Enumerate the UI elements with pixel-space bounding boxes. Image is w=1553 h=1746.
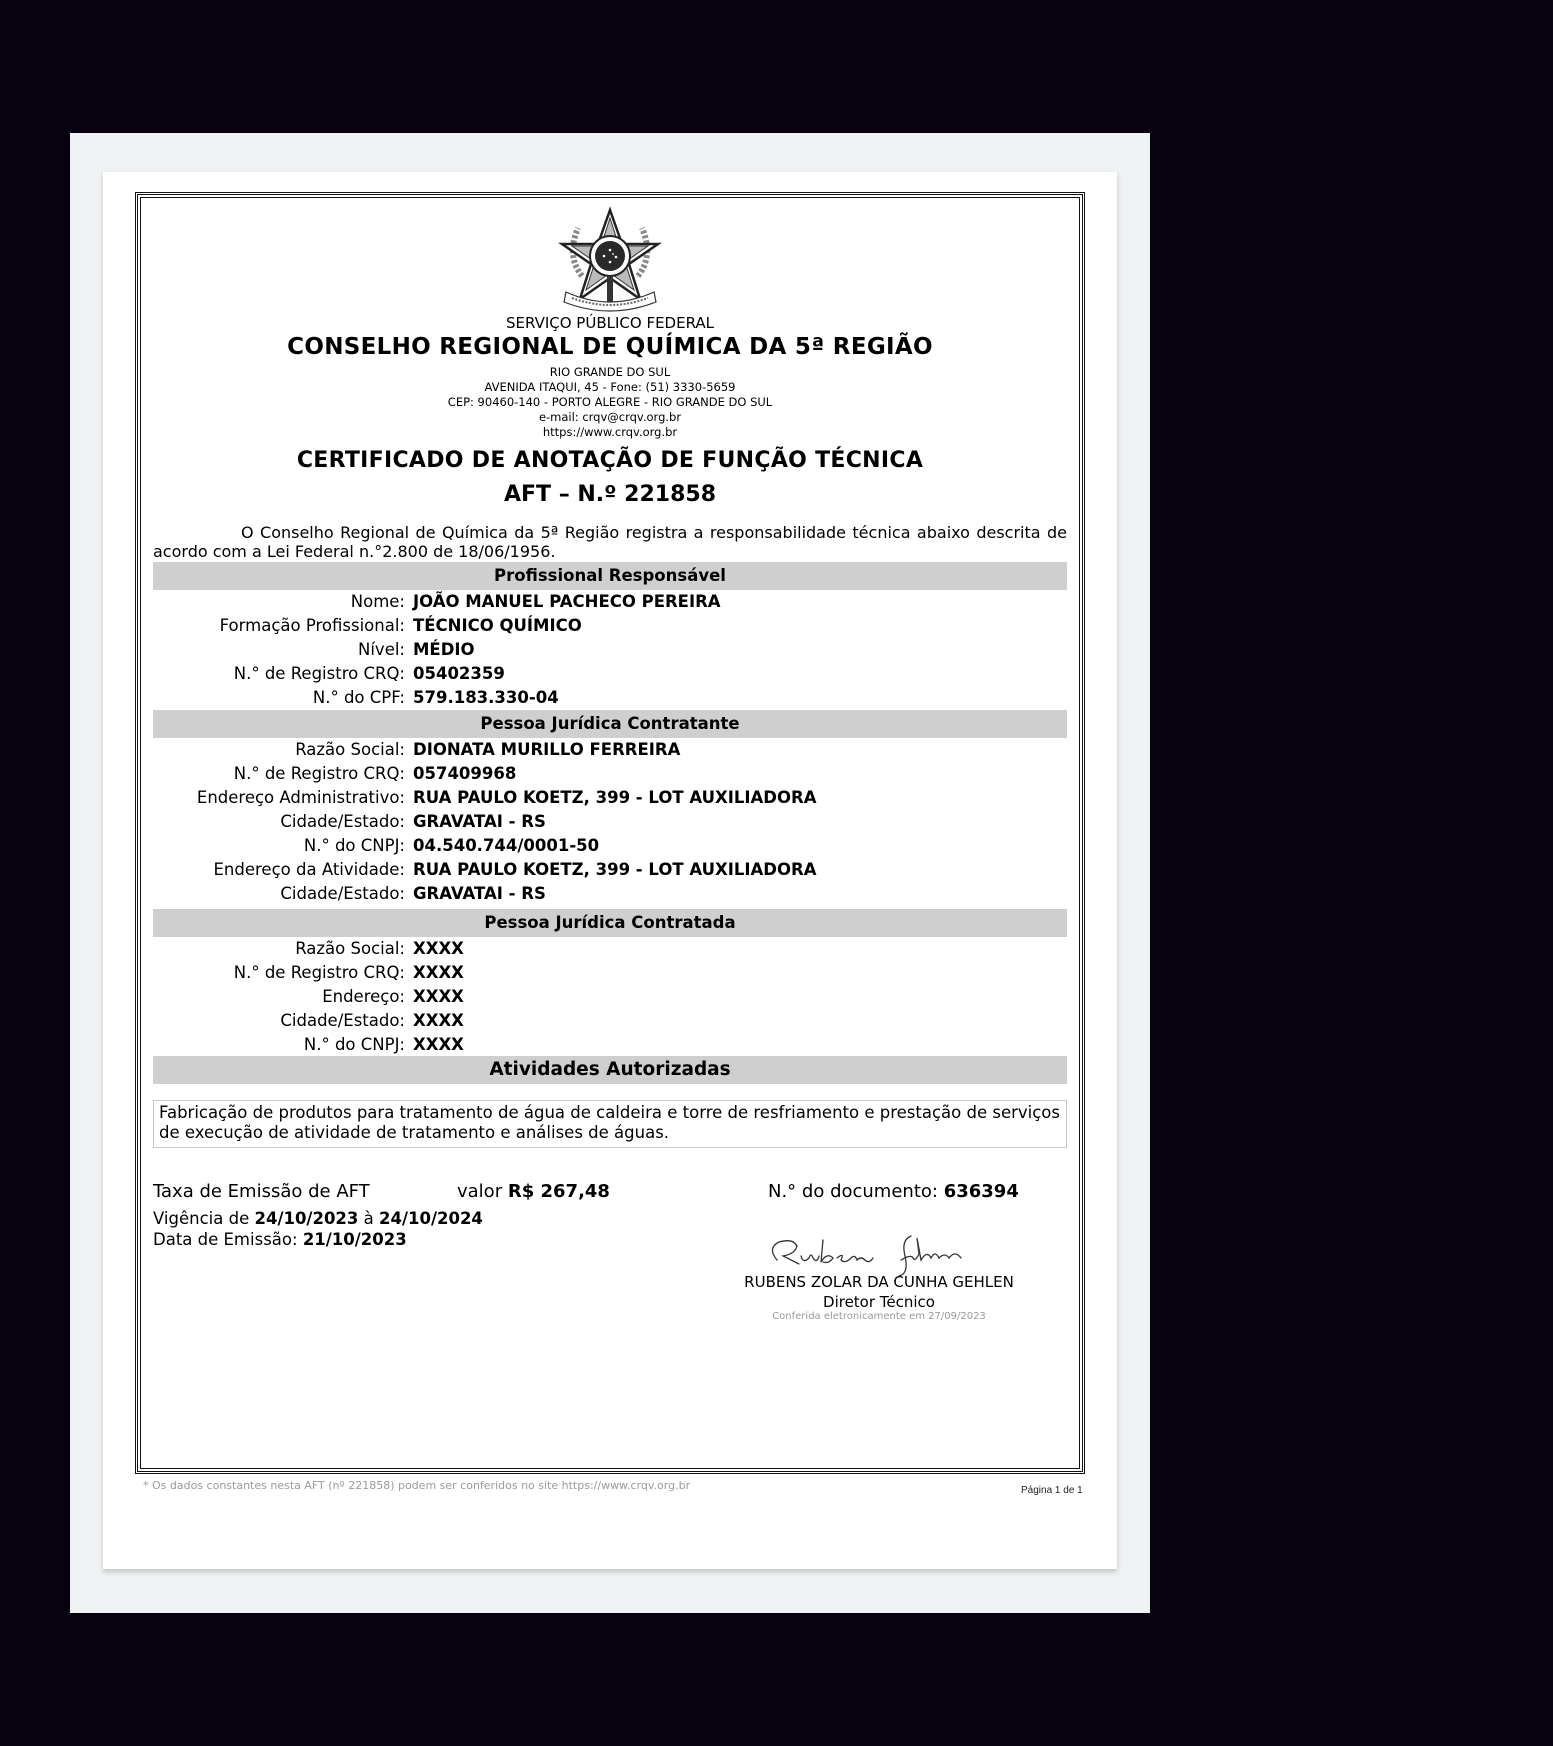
field-value: GRAVATAI - RS — [413, 882, 546, 906]
fee-value-label: valor — [457, 1181, 502, 1202]
field-label: Cidade/Estado: — [153, 1009, 405, 1033]
field-row: N.° de Registro CRQ:05402359 — [153, 662, 1067, 686]
field-label: Cidade/Estado: — [153, 882, 405, 906]
field-value: DIONATA MURILLO FERREIRA — [413, 738, 680, 762]
validity-to: 24/10/2024 — [379, 1209, 483, 1228]
field-value: XXXX — [413, 1009, 464, 1033]
cep-label: CEP: 90460-140 - PORTO ALEGRE - RIO GRAN… — [141, 395, 1079, 410]
field-label: N.° do CNPJ: — [153, 834, 405, 858]
section-contracted-header: Pessoa Jurídica Contratada — [153, 909, 1067, 937]
validity-from: 24/10/2023 — [254, 1209, 358, 1228]
field-value: 05402359 — [413, 662, 505, 686]
council-title: CONSELHO REGIONAL DE QUÍMICA DA 5ª REGIÃ… — [141, 334, 1079, 360]
field-row: Cidade/Estado:XXXX — [153, 1009, 1067, 1033]
issue-date-value: 21/10/2023 — [303, 1230, 407, 1249]
address-label: AVENIDA ITAQUI, 45 - Fone: (51) 3330-565… — [141, 380, 1079, 395]
email-label: e-mail: crqv@crqv.org.br — [141, 410, 1079, 425]
field-value: MÉDIO — [413, 638, 475, 662]
issue-date-label: Data de Emissão: — [153, 1230, 298, 1249]
electronic-verification: Conferida eletronicamente em 27/09/2023 — [701, 1311, 1057, 1322]
fee-value: valor R$ 267,48 — [457, 1181, 610, 1202]
field-row: N.° do CNPJ:XXXX — [153, 1033, 1067, 1057]
validity-separator: à — [364, 1209, 374, 1228]
field-label: Endereço Administrativo: — [153, 786, 405, 810]
document-viewer: SERVIÇO PÚBLICO FEDERAL CONSELHO REGIONA… — [70, 133, 1150, 1613]
field-value: 579.183.330-04 — [413, 686, 559, 710]
field-row: Cidade/Estado:GRAVATAI - RS — [153, 810, 1067, 834]
field-value: 04.540.744/0001-50 — [413, 834, 599, 858]
state-label: RIO GRANDE DO SUL — [141, 365, 1079, 380]
field-row: Nome:JOÃO MANUEL PACHECO PEREIRA — [153, 590, 1067, 614]
page-number: Página 1 de 1 — [1021, 1485, 1083, 1496]
activities-text: Fabricação de produtos para tratamento d… — [153, 1100, 1067, 1148]
section-activities-header: Atividades Autorizadas — [153, 1056, 1067, 1084]
field-row: Endereço Administrativo:RUA PAULO KOETZ,… — [153, 786, 1067, 810]
signatory-name: RUBENS ZOLAR DA CUNHA GEHLEN — [701, 1273, 1057, 1291]
field-label: Endereço: — [153, 985, 405, 1009]
field-row: N.° de Registro CRQ:XXXX — [153, 961, 1067, 985]
issue-date-line: Data de Emissão: 21/10/2023 — [153, 1230, 407, 1249]
field-label: N.° do CPF: — [153, 686, 405, 710]
field-value: GRAVATAI - RS — [413, 810, 546, 834]
field-label: Formação Profissional: — [153, 614, 405, 638]
certificate-border: SERVIÇO PÚBLICO FEDERAL CONSELHO REGIONA… — [135, 192, 1085, 1474]
field-value: XXXX — [413, 937, 464, 961]
document-number-value: 636394 — [944, 1181, 1019, 1202]
field-label: N.° de Registro CRQ: — [153, 762, 405, 786]
field-value: TÉCNICO QUÍMICO — [413, 614, 582, 638]
field-row: N.° do CPF:579.183.330-04 — [153, 686, 1067, 710]
section-professional-header: Profissional Responsável — [153, 562, 1067, 590]
signatory-role: Diretor Técnico — [701, 1293, 1057, 1311]
field-label: Razão Social: — [153, 738, 405, 762]
document-number: N.° do documento: 636394 — [768, 1181, 1019, 1202]
document-page: SERVIÇO PÚBLICO FEDERAL CONSELHO REGIONA… — [103, 172, 1117, 1569]
website-label: https://www.crqv.org.br — [141, 425, 1079, 440]
field-label: N.° de Registro CRQ: — [153, 961, 405, 985]
fee-label: Taxa de Emissão de AFT — [153, 1181, 370, 1202]
brazil-coat-of-arms-icon — [552, 206, 668, 318]
field-row: Formação Profissional:TÉCNICO QUÍMICO — [153, 614, 1067, 638]
validity-line: Vigência de 24/10/2023 à 24/10/2024 — [153, 1209, 483, 1228]
field-row: Cidade/Estado:GRAVATAI - RS — [153, 882, 1067, 906]
field-value: XXXX — [413, 1033, 464, 1057]
fee-amount: R$ 267,48 — [508, 1181, 610, 1202]
field-label: N.° do CNPJ: — [153, 1033, 405, 1057]
certificate-title: CERTIFICADO DE ANOTAÇÃO DE FUNÇÃO TÉCNIC… — [141, 448, 1079, 473]
field-row: Razão Social:XXXX — [153, 937, 1067, 961]
field-label: Endereço da Atividade: — [153, 858, 405, 882]
footer-note: * Os dados constantes nesta AFT (nº 2218… — [143, 1479, 690, 1492]
field-row: Razão Social:DIONATA MURILLO FERREIRA — [153, 738, 1067, 762]
intro-paragraph: O Conselho Regional de Química da 5ª Reg… — [153, 523, 1067, 561]
field-value: XXXX — [413, 961, 464, 985]
section-contractor-header: Pessoa Jurídica Contratante — [153, 710, 1067, 738]
validity-prefix: Vigência de — [153, 1209, 249, 1228]
field-label: Cidade/Estado: — [153, 810, 405, 834]
field-value: XXXX — [413, 985, 464, 1009]
handwritten-signature — [761, 1230, 991, 1278]
field-label: Nome: — [153, 590, 405, 614]
document-number-label: N.° do documento: — [768, 1181, 938, 1202]
service-label: SERVIÇO PÚBLICO FEDERAL — [141, 314, 1079, 332]
field-label: Razão Social: — [153, 937, 405, 961]
field-value: RUA PAULO KOETZ, 399 - LOT AUXILIADORA — [413, 858, 817, 882]
field-label: Nível: — [153, 638, 405, 662]
field-value: JOÃO MANUEL PACHECO PEREIRA — [413, 590, 721, 614]
field-row: N.° de Registro CRQ:057409968 — [153, 762, 1067, 786]
field-row: Nível:MÉDIO — [153, 638, 1067, 662]
field-row: Endereço da Atividade:RUA PAULO KOETZ, 3… — [153, 858, 1067, 882]
field-value: 057409968 — [413, 762, 516, 786]
field-value: RUA PAULO KOETZ, 399 - LOT AUXILIADORA — [413, 786, 817, 810]
field-row: Endereço:XXXX — [153, 985, 1067, 1009]
field-row: N.° do CNPJ:04.540.744/0001-50 — [153, 834, 1067, 858]
field-label: N.° de Registro CRQ: — [153, 662, 405, 686]
aft-number: AFT – N.º 221858 — [141, 482, 1079, 507]
